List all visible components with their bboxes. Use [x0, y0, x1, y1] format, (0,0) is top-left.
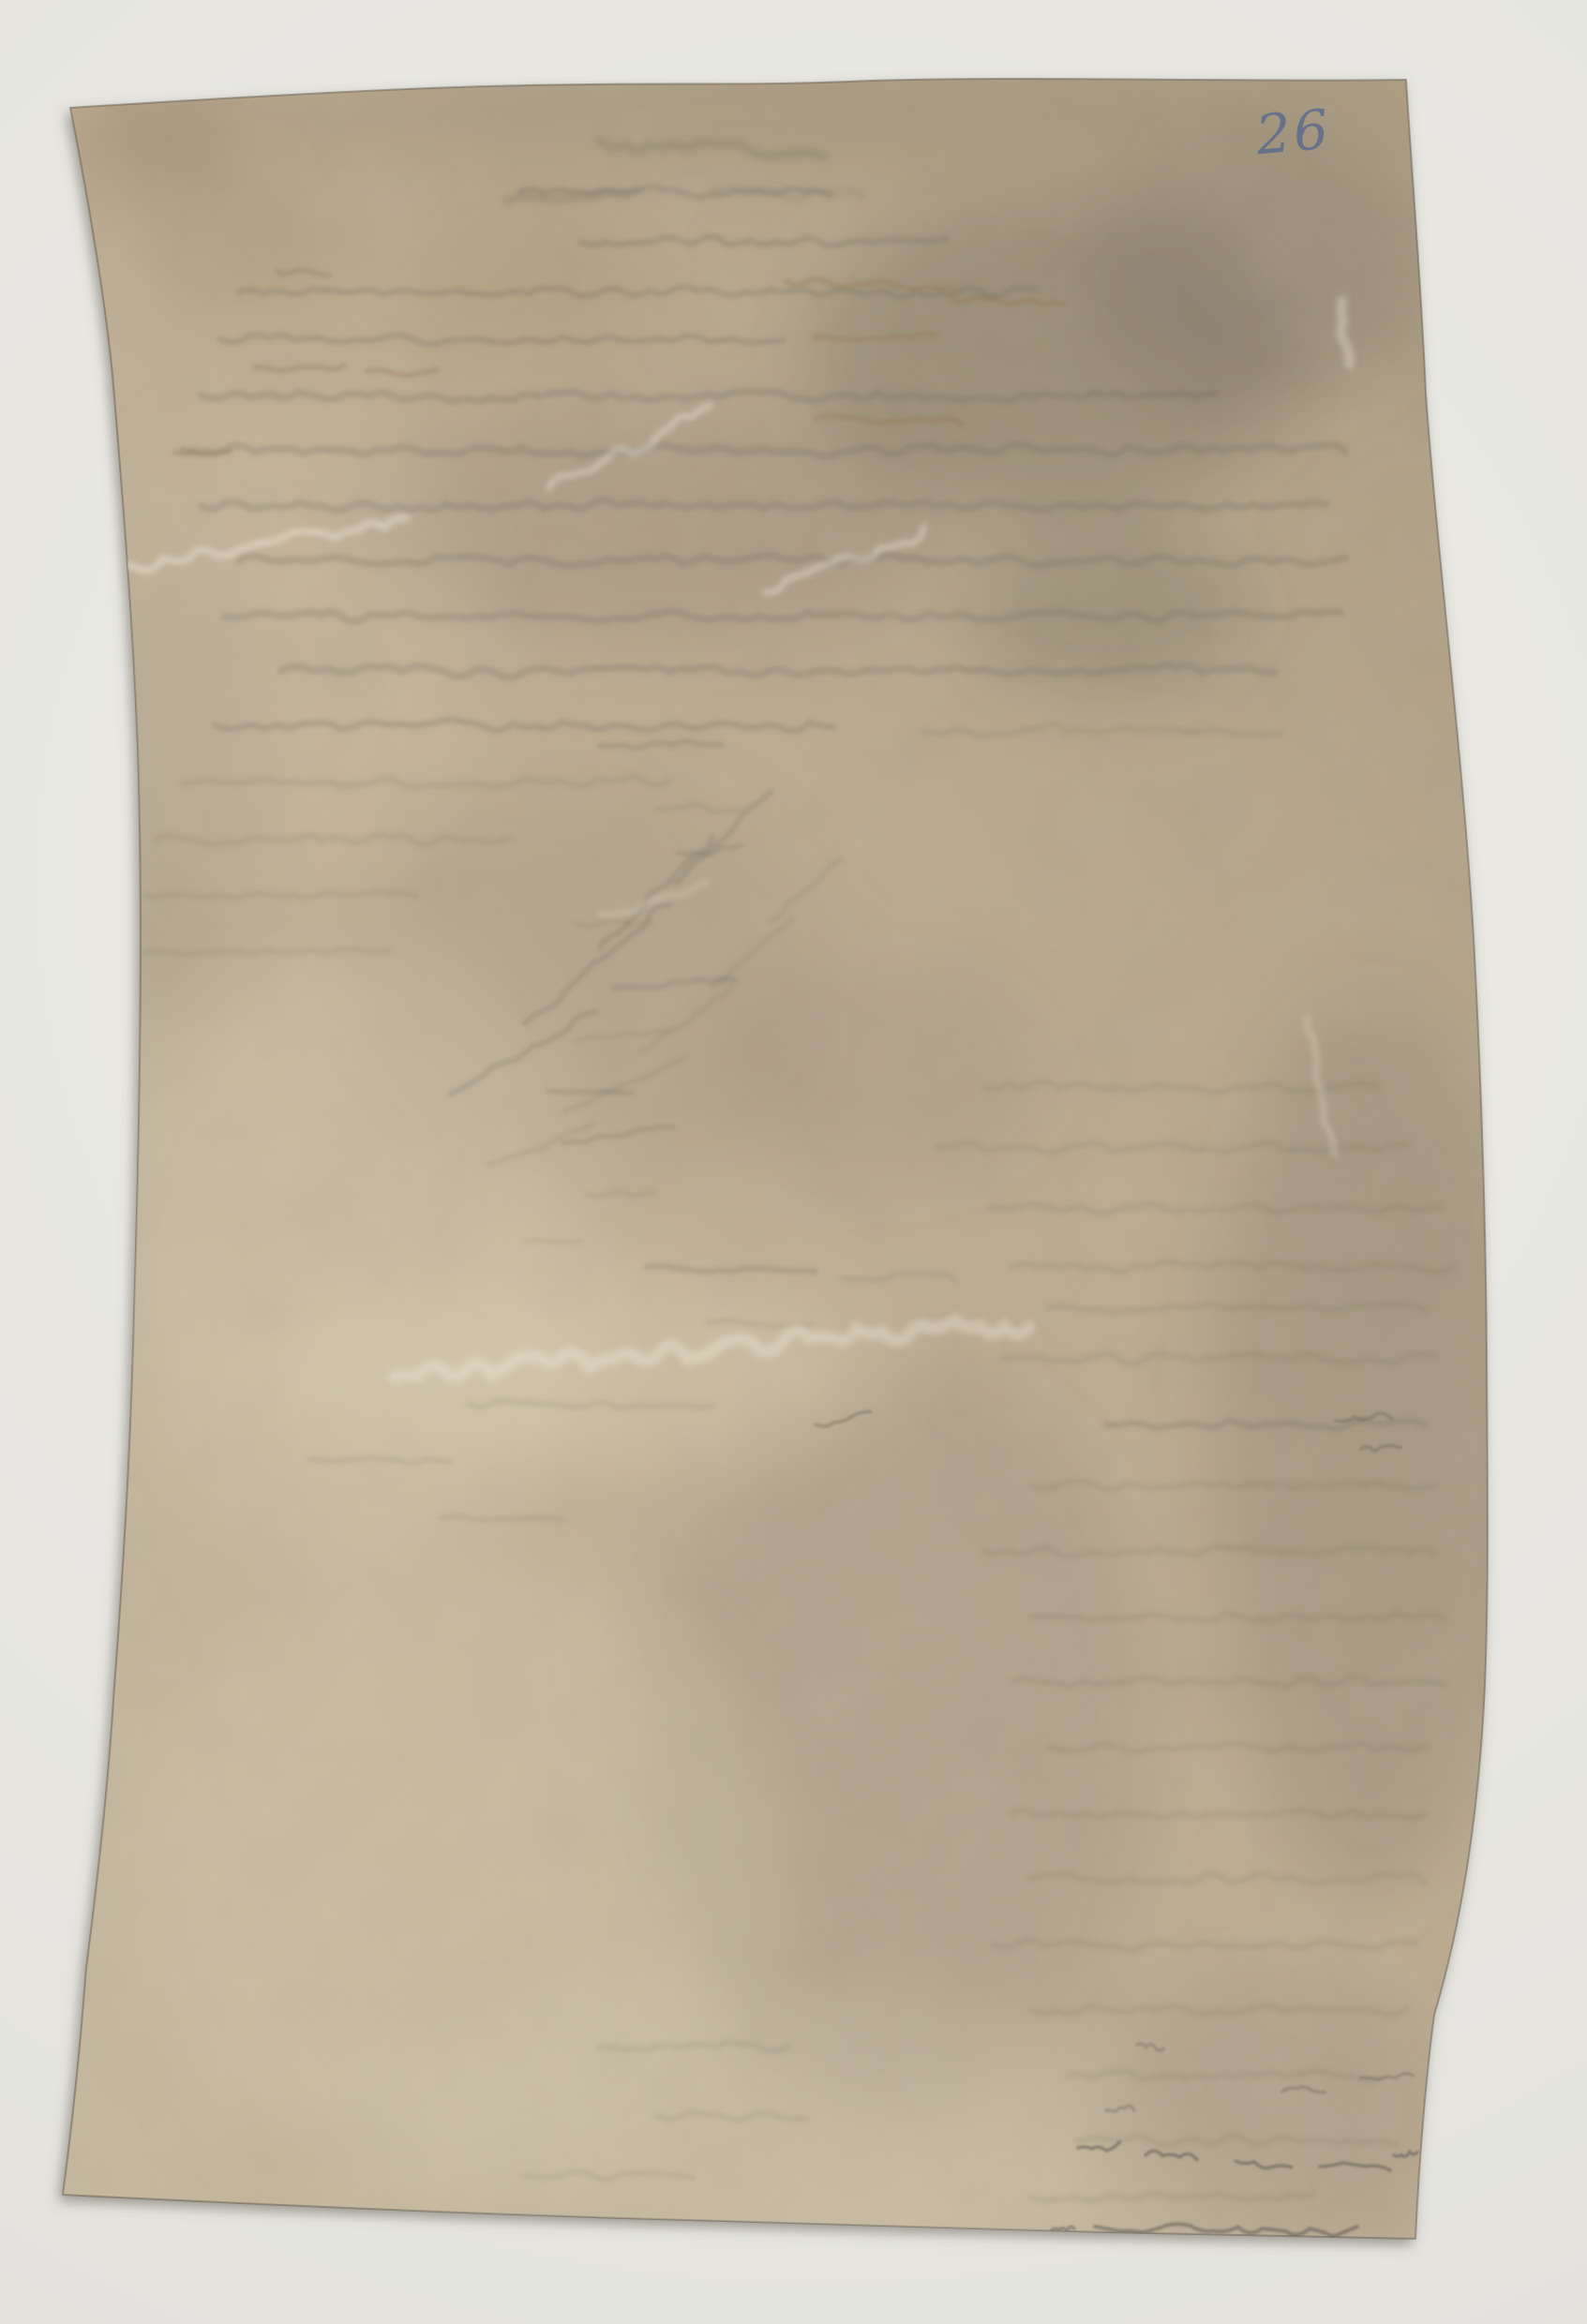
parchment-grain-texture: [0, 0, 1587, 2324]
folio-number: 26: [1254, 102, 1334, 163]
backing-paper: 26: [0, 0, 1587, 2324]
parchment-sheet: [0, 0, 1587, 2324]
